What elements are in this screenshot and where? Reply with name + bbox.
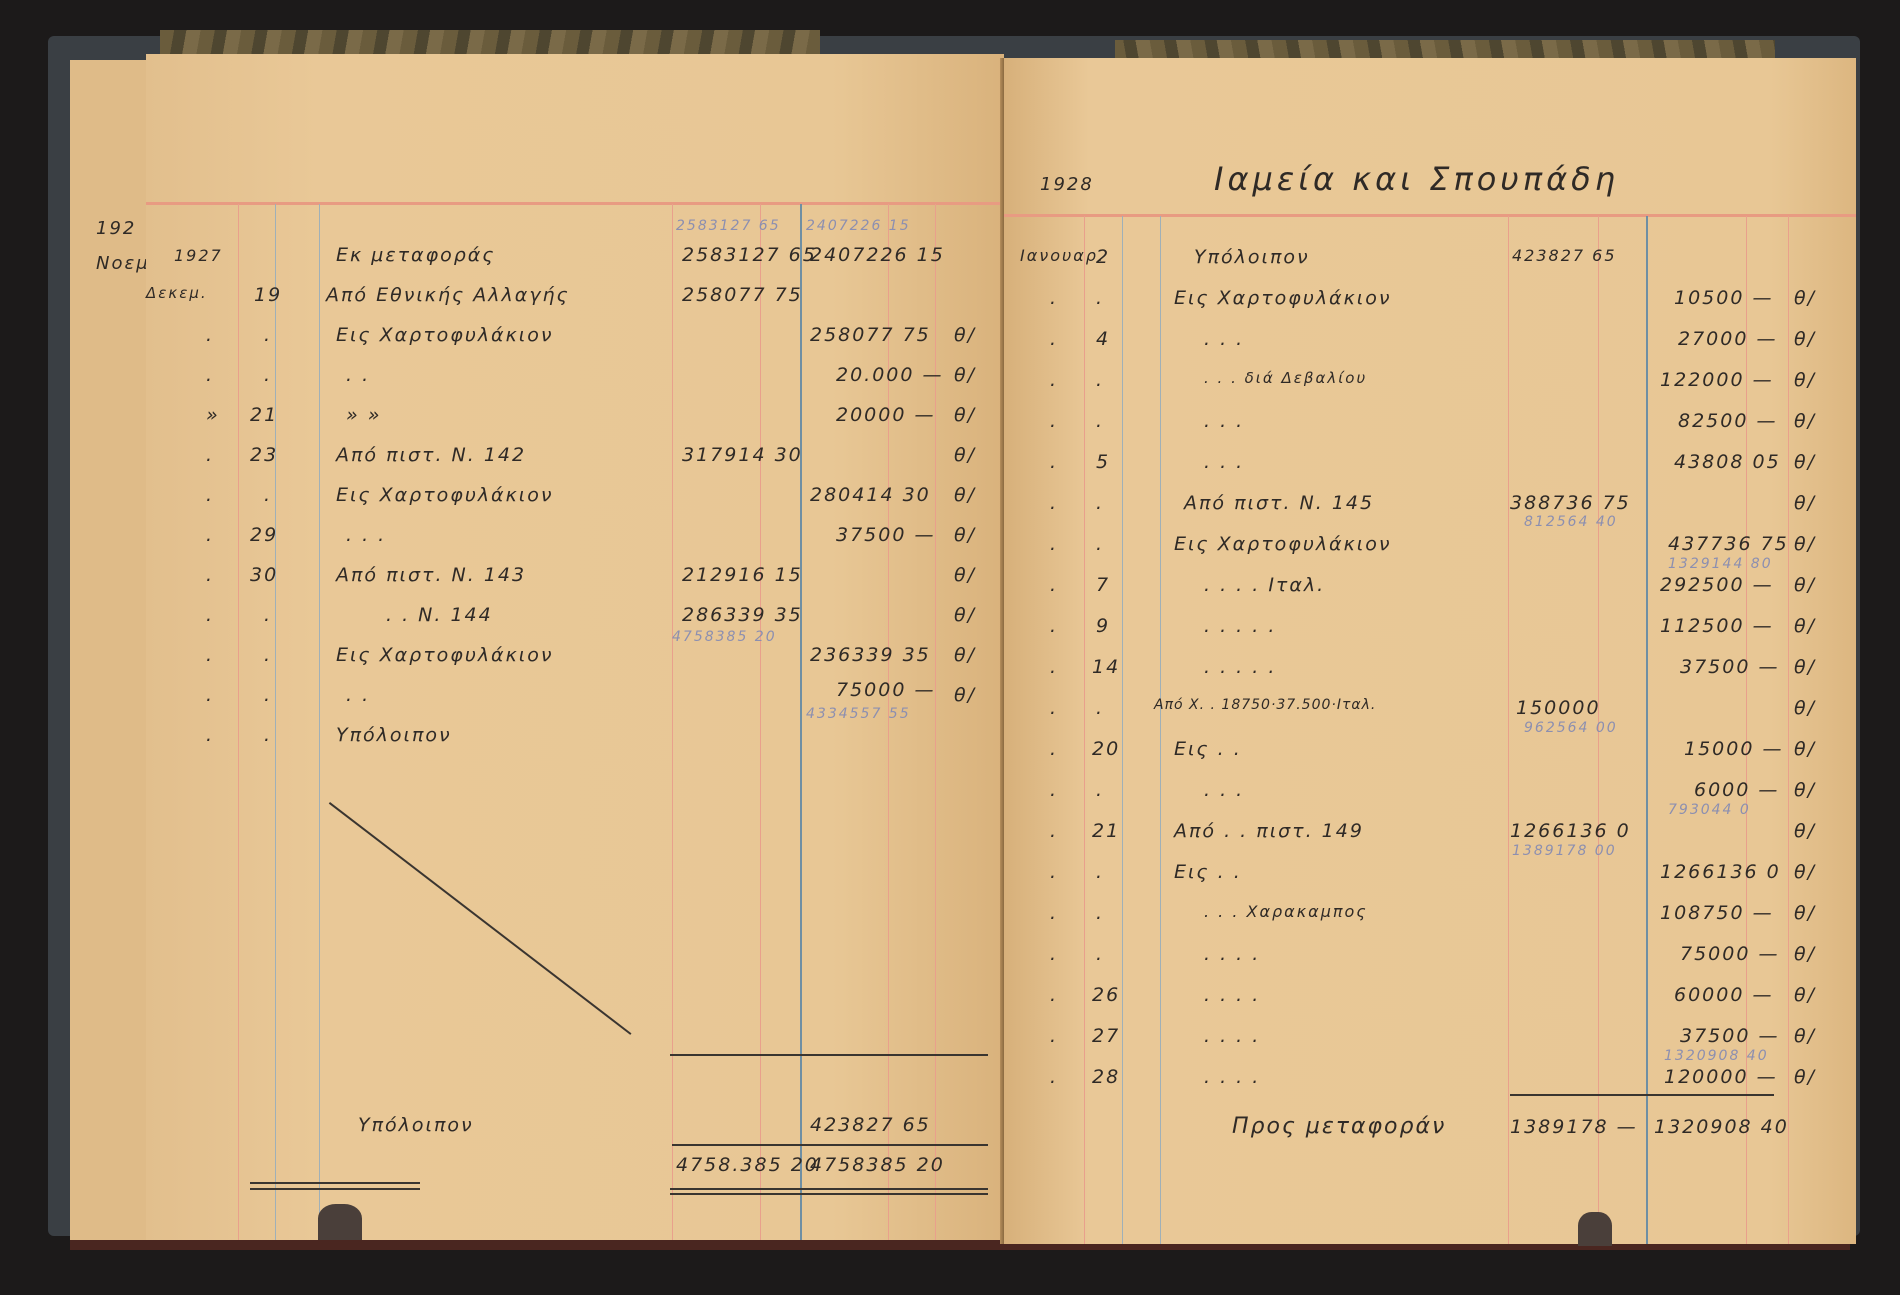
row-desc: . . . .	[1204, 984, 1260, 1006]
row-credit: 37500 —	[1680, 656, 1779, 678]
row-debit: 258077 75	[682, 284, 803, 306]
row-day: .	[264, 484, 272, 506]
row-check-mark: θ/	[1794, 820, 1816, 842]
carry-forward-label: Προς μεταφοράν	[1232, 1114, 1446, 1139]
row-check-mark: θ/	[1794, 451, 1816, 473]
row-check-mark: θ/	[1794, 1066, 1816, 1088]
row-check-mark: θ/	[1794, 492, 1816, 514]
row-debit: 423827 65	[1512, 246, 1617, 265]
row-month: .	[1050, 533, 1058, 555]
row-debit: 150000	[1516, 697, 1601, 719]
row-credit: 108750 —	[1660, 902, 1774, 924]
row-month: .	[1050, 697, 1058, 719]
right-year: 1928	[1040, 174, 1094, 195]
row-month: .	[1050, 451, 1058, 473]
subtotal-rule	[1510, 1094, 1774, 1096]
label-underline-2	[250, 1188, 420, 1190]
row-day: 4	[1096, 328, 1110, 350]
label-underline-1	[250, 1182, 420, 1184]
row-month: .	[1050, 861, 1058, 883]
row-month: .	[206, 364, 214, 386]
row-credit: 437736 75	[1668, 533, 1789, 555]
row-day: .	[1096, 697, 1104, 719]
row-check-mark: θ/	[1794, 738, 1816, 760]
row-day: .	[1096, 533, 1104, 555]
row-month: .	[1050, 779, 1058, 801]
row-credit: 37500 —	[836, 524, 935, 546]
row-month: .	[206, 324, 214, 346]
account-title: Ιαμεία και Σπουπάδη	[1214, 160, 1619, 198]
row-month: .	[1050, 820, 1058, 842]
row-check-mark: θ/	[1794, 656, 1816, 678]
row-day: .	[1096, 410, 1104, 432]
row-desc: . .	[346, 364, 370, 386]
row-desc: . . .	[1204, 410, 1244, 432]
row-day: .	[264, 604, 272, 626]
row-day: 2	[1096, 246, 1110, 268]
edge-month: Νοεμ	[96, 253, 150, 274]
row-check-mark: θ/	[1794, 328, 1816, 350]
total-debit: 4758.385 20	[676, 1154, 819, 1176]
row-day: 29	[250, 524, 278, 546]
row-desc: Από πιστ. Ν. 143	[336, 564, 526, 586]
row-month: .	[1050, 369, 1058, 391]
row-day: .	[1096, 287, 1104, 309]
cancel-diagonal-line	[329, 802, 632, 1035]
row-credit: 20.000 —	[836, 364, 944, 386]
page-damage	[1578, 1212, 1612, 1246]
row-check-mark: θ/	[954, 484, 976, 506]
carry-forward-debit: 1389178 —	[1510, 1116, 1638, 1138]
row-debit: 286339 35	[682, 604, 803, 626]
row-debit: 1266136 0	[1510, 820, 1631, 842]
row-month: .	[206, 684, 214, 706]
row-credit: 10500 —	[1674, 287, 1773, 309]
row-desc: Από πιστ. Ν. 142	[336, 444, 526, 466]
row-day: .	[264, 364, 272, 386]
row-credit: 15000 —	[1684, 738, 1783, 760]
row-check-mark: θ/	[1794, 902, 1816, 924]
row-check-mark: θ/	[954, 444, 976, 466]
row-desc: Από Χ. . 18750·37.500·Ιταλ.	[1154, 697, 1376, 713]
pencil-debit-header: 2583127 65	[676, 218, 781, 234]
row-check-mark: θ/	[1794, 1025, 1816, 1047]
row-desc: . . Ν. 144	[386, 604, 493, 626]
row-check-mark: θ/	[954, 524, 976, 546]
row-debit: 388736 75	[1510, 492, 1631, 514]
row-month: .	[1050, 943, 1058, 965]
row-day: 27	[1092, 1025, 1120, 1047]
row-credit: 292500 —	[1660, 574, 1774, 596]
row-credit: 75000 —	[1680, 943, 1779, 965]
row-day: 14	[1092, 656, 1120, 678]
row-desc: Από Εθνικής Αλλαγής	[326, 284, 570, 306]
row-desc: Εις Χαρτοφυλάκιον	[1174, 533, 1391, 555]
row-credit: 43808 05	[1674, 451, 1781, 473]
row-desc: Υπόλοιπον	[1194, 246, 1310, 268]
row-day: .	[264, 324, 272, 346]
row-day: .	[1096, 492, 1104, 514]
row-debit: 317914 30	[682, 444, 803, 466]
row-credit: 1266136 0	[1660, 861, 1781, 883]
row-check-mark: θ/	[1794, 861, 1816, 883]
pencil-note: 962564 00	[1524, 720, 1618, 736]
row-desc: Από . . πιστ. 149	[1174, 820, 1364, 842]
row-month: .	[206, 484, 214, 506]
pencil-note: 793044 0	[1668, 802, 1751, 818]
row-credit: 258077 75	[810, 324, 931, 346]
row-day: .	[1096, 369, 1104, 391]
row-day: .	[1096, 943, 1104, 965]
row-day: 26	[1092, 984, 1120, 1006]
row-month: .	[206, 724, 214, 746]
row-desc: Εις Χαρτοφυλάκιον	[1174, 287, 1391, 309]
row-check-mark: θ/	[954, 644, 976, 666]
row-desc: . . . διά Δεβαλίου	[1204, 369, 1367, 387]
row-month: .	[1050, 984, 1058, 1006]
row-month: .	[1050, 902, 1058, 924]
row-desc: Εκ μεταφοράς	[336, 244, 495, 266]
row-desc: . . . .	[1204, 943, 1260, 965]
row-month: .	[1050, 1066, 1058, 1088]
row-month: .	[206, 564, 214, 586]
row-month: .	[1050, 738, 1058, 760]
row-credit: 2407226 15	[810, 244, 945, 266]
row-desc: . . . Χαρακαμπος	[1204, 902, 1368, 921]
row-month: .	[1050, 410, 1058, 432]
row-day: .	[1096, 861, 1104, 883]
row-day: 5	[1096, 451, 1110, 473]
row-credit: 6000 —	[1694, 779, 1779, 801]
row-month: .	[206, 444, 214, 466]
row-check-mark: θ/	[1794, 943, 1816, 965]
row-desc: . . .	[1204, 328, 1244, 350]
pencil-note: 1320908 40	[1664, 1048, 1769, 1064]
row-month: Δεκεμ.	[146, 284, 208, 302]
row-desc: . . . .	[1204, 1025, 1260, 1047]
row-day: .	[1096, 902, 1104, 924]
row-day: .	[264, 644, 272, 666]
row-month: Ιανουαρ.	[1020, 246, 1105, 265]
row-check-mark: θ/	[1794, 615, 1816, 637]
double-rule-2	[670, 1193, 988, 1195]
row-desc: . . . . .	[1204, 615, 1276, 637]
row-month: .	[1050, 615, 1058, 637]
row-month: .	[1050, 492, 1058, 514]
row-check-mark: θ/	[1794, 984, 1816, 1006]
row-day: 30	[250, 564, 278, 586]
row-month: .	[1050, 328, 1058, 350]
row-desc: . . .	[346, 524, 386, 546]
row-debit: 2583127 65	[682, 244, 817, 266]
pencil-note: 1329144 80	[1668, 556, 1773, 572]
row-month: .	[206, 604, 214, 626]
row-check-mark: θ/	[954, 564, 976, 586]
row-check-mark: θ/	[1794, 369, 1816, 391]
total-credit: 4758385 20	[810, 1154, 945, 1176]
row-desc: . . . . Ιταλ.	[1204, 574, 1325, 596]
right-page: 1928 Ιαμεία και Σπουπάδη Ιανουαρ. 2 Υπόλ…	[1004, 58, 1856, 1244]
row-desc: » »	[346, 404, 382, 426]
row-desc: . . . . .	[1204, 656, 1276, 678]
previous-page-edge: 192 Νοεμ	[70, 60, 152, 1240]
row-desc: Εις . .	[1174, 861, 1242, 883]
pencil-note: 812564 40	[1524, 514, 1618, 530]
row-desc: . . .	[1204, 451, 1244, 473]
pencil-note: 4334557 55	[806, 706, 911, 722]
row-credit: 122000 —	[1660, 369, 1774, 391]
row-desc: Εις . .	[1174, 738, 1242, 760]
row-credit: 112500 —	[1660, 615, 1774, 637]
row-desc: . .	[346, 684, 370, 706]
row-desc: Υπόλοιπον	[336, 724, 452, 746]
total-rule	[672, 1144, 988, 1146]
row-day: 21	[250, 404, 278, 426]
row-check-mark: θ/	[954, 404, 976, 426]
row-month: .	[1050, 574, 1058, 596]
row-desc: Εις Χαρτοφυλάκιον	[336, 484, 553, 506]
row-check-mark: θ/	[1794, 574, 1816, 596]
pencil-credit-header: 2407226 15	[806, 218, 911, 234]
double-rule-1	[670, 1188, 988, 1190]
row-day: 21	[1092, 820, 1120, 842]
row-day: 28	[1092, 1066, 1120, 1088]
row-check-mark: θ/	[954, 324, 976, 346]
row-check-mark: θ/	[1794, 697, 1816, 719]
row-month: .	[206, 644, 214, 666]
subtotal-rule	[670, 1054, 988, 1056]
row-desc: . . . .	[1204, 1066, 1260, 1088]
row-check-mark: θ/	[954, 364, 976, 386]
row-month: .	[206, 524, 214, 546]
row-credit: 20000 —	[836, 404, 935, 426]
row-credit: 82500 —	[1678, 410, 1777, 432]
row-day: 9	[1096, 615, 1110, 637]
row-month: .	[1050, 287, 1058, 309]
row-credit: 60000 —	[1674, 984, 1773, 1006]
row-check-mark: θ/	[1794, 287, 1816, 309]
edge-year: 192	[96, 218, 136, 239]
row-credit: 37500 —	[1680, 1025, 1779, 1047]
pencil-note: 1389178 00	[1512, 843, 1617, 859]
left-year: 1927	[174, 246, 223, 265]
row-credit: 280414 30	[810, 484, 931, 506]
row-day: 7	[1096, 574, 1110, 596]
closing-label: Υπόλοιπον	[358, 1114, 474, 1136]
row-check-mark: θ/	[1794, 779, 1816, 801]
row-desc: Από πιστ. Ν. 145	[1184, 492, 1374, 514]
left-page: 2583127 65 2407226 15 1927 Εκ μεταφοράς …	[146, 54, 1004, 1240]
row-check-mark: θ/	[954, 604, 976, 626]
row-desc: Εις Χαρτοφυλάκιον	[336, 644, 553, 666]
header-rule	[1004, 214, 1856, 217]
row-day: 23	[250, 444, 278, 466]
closing-balance: 423827 65	[810, 1114, 931, 1136]
row-check-mark: θ/	[954, 684, 976, 706]
pencil-note: 4758385 20	[672, 629, 777, 645]
row-desc: . . .	[1204, 779, 1244, 801]
row-credit: 120000 —	[1664, 1066, 1778, 1088]
row-day: .	[1096, 779, 1104, 801]
row-desc: Εις Χαρτοφυλάκιον	[336, 324, 553, 346]
row-month: .	[1050, 1025, 1058, 1047]
row-credit: 236339 35	[810, 644, 931, 666]
row-day: 19	[254, 284, 282, 306]
row-debit: 212916 15	[682, 564, 803, 586]
carry-forward-credit: 1320908 40	[1654, 1116, 1789, 1138]
row-check-mark: θ/	[1794, 533, 1816, 555]
row-check-mark: θ/	[1794, 410, 1816, 432]
row-month: »	[206, 404, 220, 426]
row-month: .	[1050, 656, 1058, 678]
row-credit: 27000 —	[1678, 328, 1777, 350]
row-credit: 75000 —	[836, 679, 935, 701]
row-day: .	[264, 684, 272, 706]
page-damage	[318, 1204, 362, 1240]
row-day: 20	[1092, 738, 1120, 760]
row-day: .	[264, 724, 272, 746]
